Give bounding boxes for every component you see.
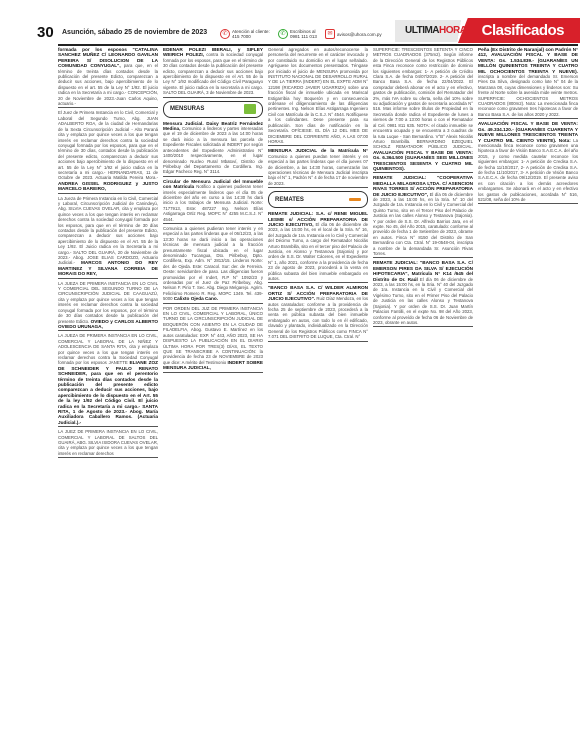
notice: General agregados en autos/reconocerse l… (268, 47, 368, 146)
contact-value: 0981 111 013 (290, 34, 317, 39)
map-icon (244, 104, 256, 114)
page-header: 30 Asunción, sábado 25 de noviembre de 2… (0, 0, 580, 44)
header-rule (58, 44, 578, 46)
whatsapp-icon: ✆ (278, 29, 288, 39)
section-title: REMATES (275, 197, 304, 203)
notice: REMATE JUDICIAL: "BANCO BASA S.A. C/ EME… (373, 260, 473, 327)
notice: La Jueza de Primera Instancia en lo Civi… (58, 196, 158, 279)
notice: POR ORDEN DEL JUZ DE PRIMERA INSTANCIA E… (163, 306, 263, 373)
section-banner-title: Clasificados (482, 22, 564, 39)
section-title: MENSURAS (170, 106, 204, 112)
section-header-mensuras: MENSURAS (163, 101, 263, 118)
column-4: SUPERFICIE: TRESCIENTOS SETENTA Y CINCO … (373, 47, 473, 742)
contact-value: avisos@uhora.com.py (337, 32, 382, 37)
page-number: 30 (37, 24, 54, 41)
notice: EDENAR POLEZI IBERALI, y SIFLEY WEIRICH … (163, 47, 263, 98)
notice: MENSURA JUDICIAL de la Matrícula N° Comu… (268, 148, 368, 188)
notice: LA JUEZA DE PRIMERA INSTANCIA EN LO CIVI… (58, 333, 158, 427)
section-banner: Clasificados (458, 18, 580, 43)
brand-logo: ULTIMAHORA (405, 25, 466, 36)
notice: REMATE JUDICIAL: "COOPERATIVA MEDALLA MI… (373, 175, 473, 258)
classifieds-columns: formada por los esposos "CATALINA SANCHE… (58, 47, 580, 747)
column-2: EDENAR POLEZI IBERALI, y SIFLEY WEIRICH … (163, 47, 263, 742)
notice: LA JUEZ DE PRIMERA INSTANCIA EN LO CIVIL… (58, 429, 158, 458)
gavel-icon (349, 198, 361, 201)
phone-icon: ✆ (220, 29, 230, 39)
contact-phone[interactable]: ✆ Atención al cliente:415 7000 (220, 26, 270, 42)
contact-email[interactable]: ✉ avisos@uhora.com.py (325, 26, 382, 42)
publication-date: Asunción, sábado 25 de noviembre de 2023 (62, 29, 207, 36)
mail-icon: ✉ (325, 29, 335, 39)
contact-whatsapp[interactable]: ✆ Escribinos al0981 111 013 (278, 26, 317, 42)
notice: Comunica a quienes pudieran tener interé… (163, 226, 263, 304)
notice: REMATE JUDICIAL: S.A. c/ RENE MIGUEL LES… (268, 211, 368, 283)
notice: El Juez de Primera Instancia en lo Civil… (58, 110, 158, 193)
notice: Circular de Mensura Judicial del Inmuebl… (163, 179, 263, 224)
section-header-remates: REMATES (268, 191, 368, 208)
notice: LA JUEZA DE PRIMERA INSTANCIA EN LO CIVI… (58, 281, 158, 332)
notice: formada por los esposos "CATALINA SANCHE… (58, 47, 158, 108)
column-1: formada por los esposos "CATALINA SANCHE… (58, 47, 158, 742)
notice: Mensura Judicial. Daisy Beatriz Fernánde… (163, 121, 263, 177)
notice: "BANCO BASA S.A. C/ WILDER ALMIRON ORTIZ… (268, 285, 368, 341)
notice: AVALUACIÓN FISCAL Y BASE DE VENTA: Gs. 4… (478, 121, 578, 204)
notice: SUPERFICIE: TRESCIENTOS SETENTA Y CINCO … (373, 47, 473, 173)
contact-value: 415 7000 (232, 34, 251, 39)
column-5: Peña (Ex Distrito de Naranjal) con Padró… (478, 47, 578, 742)
notice: Peña (Ex Distrito de Naranjal) con Padró… (478, 47, 578, 119)
column-3: General agregados en autos/reconocerse l… (268, 47, 368, 742)
